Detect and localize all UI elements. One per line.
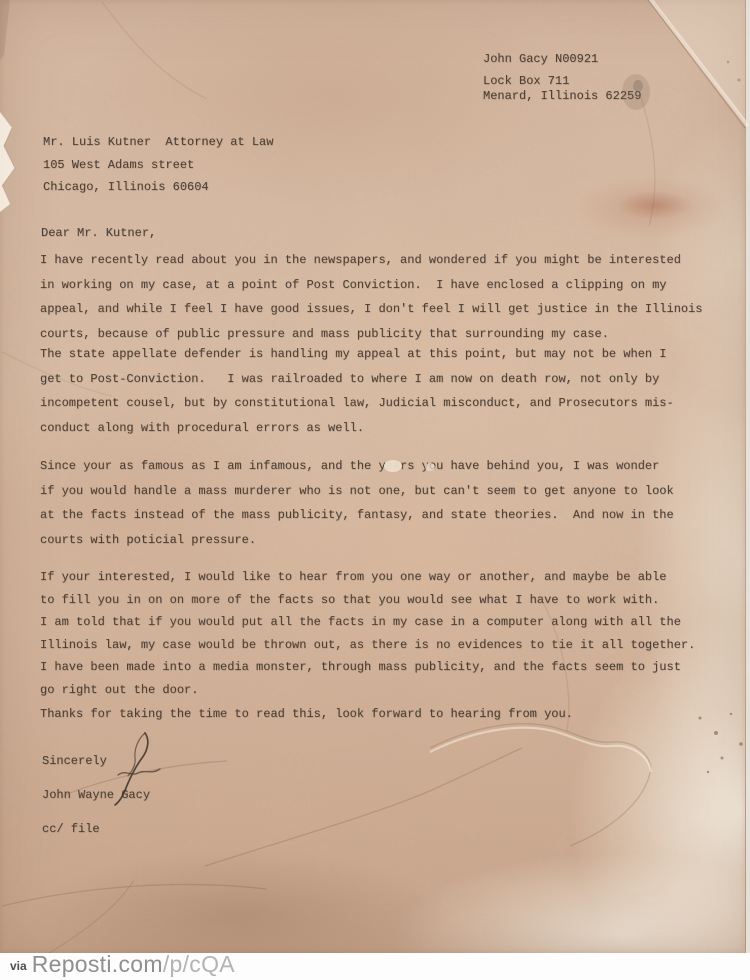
watermark-bar: via Reposti.com /p/cQA bbox=[0, 953, 750, 980]
closing-thanks: Thanks for taking the time to read this,… bbox=[40, 703, 573, 725]
paragraph-1: I have recently read about you in the ne… bbox=[40, 248, 703, 346]
watermark-prefix: via bbox=[10, 959, 27, 973]
paragraph-3: Since your as famous as I am infamous, a… bbox=[40, 454, 674, 552]
cc-line: cc/ file bbox=[42, 818, 100, 840]
recipient-address: Mr. Luis Kutner Attorney at Law 105 West… bbox=[43, 131, 273, 199]
paragraph-2: The state appellate defender is handling… bbox=[40, 342, 674, 440]
scanned-letter: John Gacy N00921 Lock Box 711 Menard, Il… bbox=[0, 0, 750, 980]
watermark-path: /p/cQA bbox=[163, 951, 235, 978]
sender-name: John Gacy N00921 bbox=[483, 52, 598, 67]
paragraph-4: If your interested, I would like to hear… bbox=[40, 566, 695, 701]
watermark-site: Reposti.com bbox=[32, 951, 163, 978]
salutation: Dear Mr. Kutner, bbox=[41, 222, 156, 244]
signature-scribble bbox=[98, 728, 168, 810]
sender-address: Lock Box 711 Menard, Illinois 62259 bbox=[483, 74, 641, 104]
